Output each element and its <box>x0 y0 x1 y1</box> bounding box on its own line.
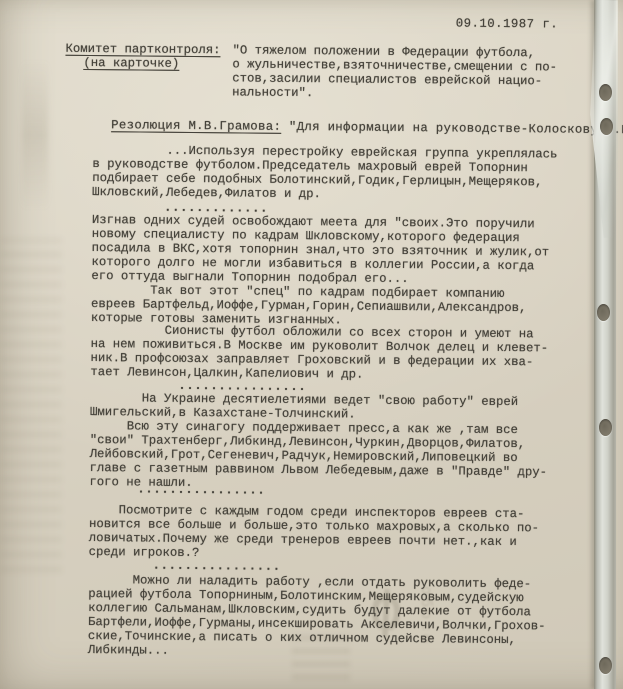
binder-hole <box>599 84 612 101</box>
header-quote: "О тяжелом положении в Федерации футбола… <box>232 43 557 102</box>
paragraph: Можно ли наладить работу ,если отдать ру… <box>88 573 575 662</box>
binder-hole <box>600 118 613 135</box>
document-photo: Ф обосо 09.10.1987 г. Комитет партконтро… <box>0 0 623 689</box>
sheet-protector-strip <box>594 0 616 689</box>
resolution-text: "Для информации на руководстве-Колоскову… <box>281 120 623 137</box>
paragraph: ...Используя перестройку еврейская групп… <box>92 143 579 204</box>
header-label: Комитет партконтроля: (на карточке) <box>65 42 220 71</box>
date-stamp: 09.10.1987 г. <box>456 17 559 32</box>
binder-hole <box>599 419 612 436</box>
document-body: ...Используя перестройку еврейская групп… <box>88 143 579 662</box>
paragraph: Сионисты футбол обложили со всех сторон … <box>90 323 577 384</box>
paragraph: Изгнав одних судей освобождают меета для… <box>91 213 578 288</box>
binder-hole <box>599 657 612 674</box>
paragraph: Так вот этот "спец" по кадрам подбирает … <box>91 283 577 330</box>
binder-hole <box>597 304 610 321</box>
header-label-line1: Комитет партконтроля: <box>65 42 220 57</box>
typed-content: 09.10.1987 г. Комитет партконтроля: (на … <box>0 0 623 689</box>
resolution-label: Резолюция М.В.Грамова: <box>111 118 281 134</box>
header-label-line2: (на карточке) <box>83 56 220 71</box>
paragraph: Посмотрите с каждым годом среди инспекто… <box>89 503 576 564</box>
